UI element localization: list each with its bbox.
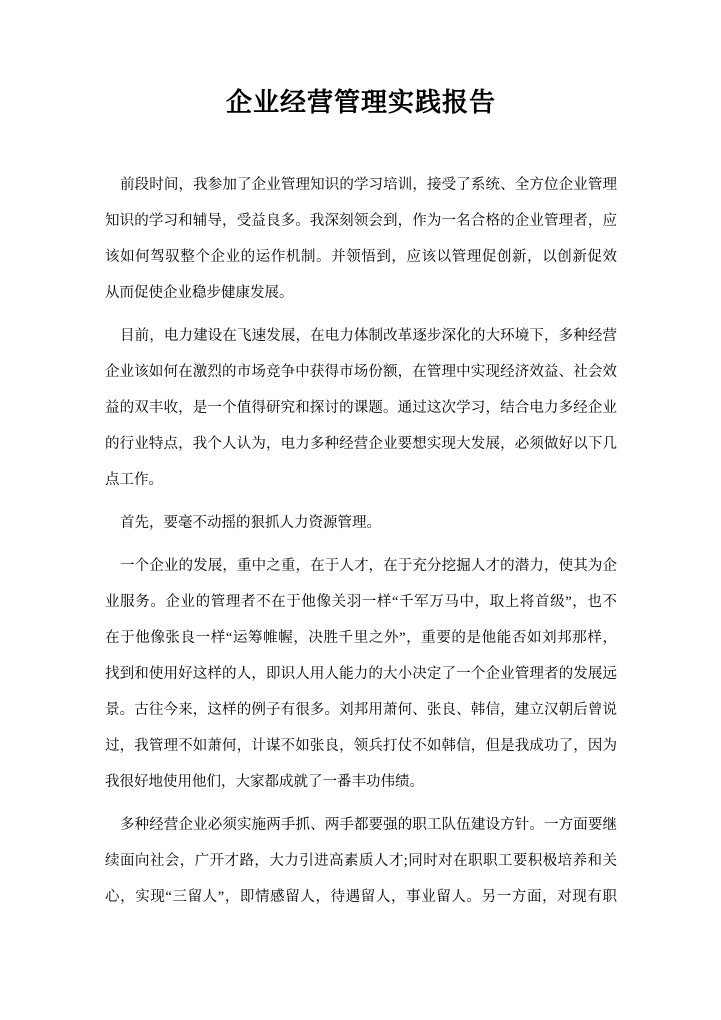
text-line: 从而促使企业稳步健康发展。	[105, 275, 617, 311]
text-line: 找到和使用好这样的人，即识人用人能力的大小决定了一个企业管理者的发展远	[105, 656, 617, 692]
document-title: 企业经营管理实践报告	[105, 88, 617, 118]
paragraph: 多种经营企业必须实施两手抓、两手都要强的职工队伍建设方针。一方面要继续面向社会，…	[105, 807, 617, 915]
text-line: 景。古往今来，这样的例子有很多。刘邦用萧何、张良、韩信，建立汉朝后曾说	[105, 692, 617, 728]
text-line: 一个企业的发展，重中之重，在于人才，在于充分挖掘人才的潜力，使其为企	[105, 548, 617, 584]
document-body: 前段时间，我参加了企业管理知识的学习培训，接受了系统、全方位企业管理知识的学习和…	[105, 167, 617, 915]
text-line: 心，实现“三留人”，即情感留人，待遇留人，事业留人。另一方面，对现有职	[105, 879, 617, 915]
text-line: 益的双丰收，是一个值得研究和探讨的课题。通过这次学习，结合电力多经企业	[105, 390, 617, 426]
paragraph: 目前，电力建设在飞速发展，在电力体制改革逐步深化的大环境下，多种经营企业该如何在…	[105, 318, 617, 498]
text-line: 业服务。企业的管理者不在于他像关羽一样“千军万马中，取上将首级”，也不	[105, 584, 617, 620]
paragraph: 首先，要毫不动摇的狠抓人力资源管理。	[105, 505, 617, 541]
document-page: 企业经营管理实践报告 前段时间，我参加了企业管理知识的学习培训，接受了系统、全方…	[0, 0, 721, 1020]
text-line: 该如何驾驭整个企业的运作机制。并领悟到，应该以管理促创新，以创新促效益，	[105, 239, 617, 275]
text-line: 在于他像张良一样“运筹帷幄，决胜千里之外”，重要的是他能否如刘邦那样，	[105, 620, 617, 656]
text-line: 多种经营企业必须实施两手抓、两手都要强的职工队伍建设方针。一方面要继	[105, 807, 617, 843]
text-line: 前段时间，我参加了企业管理知识的学习培训，接受了系统、全方位企业管理	[105, 167, 617, 203]
text-line: 目前，电力建设在飞速发展，在电力体制改革逐步深化的大环境下，多种经营	[105, 318, 617, 354]
text-line: 我很好地使用他们，大家都成就了一番丰功伟绩。	[105, 764, 617, 800]
text-line: 首先，要毫不动摇的狠抓人力资源管理。	[105, 505, 617, 541]
text-line: 点工作。	[105, 462, 617, 498]
text-line: 知识的学习和辅导，受益良多。我深刻领会到，作为一名合格的企业管理者，应	[105, 203, 617, 239]
text-line: 续面向社会，广开才路，大力引进高素质人才;同时对在职职工要积极培养和关	[105, 843, 617, 879]
paragraph: 前段时间，我参加了企业管理知识的学习培训，接受了系统、全方位企业管理知识的学习和…	[105, 167, 617, 311]
paragraph: 一个企业的发展，重中之重，在于人才，在于充分挖掘人才的潜力，使其为企业服务。企业…	[105, 548, 617, 800]
text-line: 企业该如何在激烈的市场竞争中获得市场份额，在管理中实现经济效益、社会效	[105, 354, 617, 390]
text-line: 的行业特点，我个人认为，电力多种经营企业要想实现大发展，必须做好以下几	[105, 426, 617, 462]
document-content: 企业经营管理实践报告 前段时间，我参加了企业管理知识的学习培训，接受了系统、全方…	[105, 88, 617, 915]
text-line: 过，我管理不如萧何，计谋不如张良，领兵打仗不如韩信，但是我成功了，因为	[105, 728, 617, 764]
